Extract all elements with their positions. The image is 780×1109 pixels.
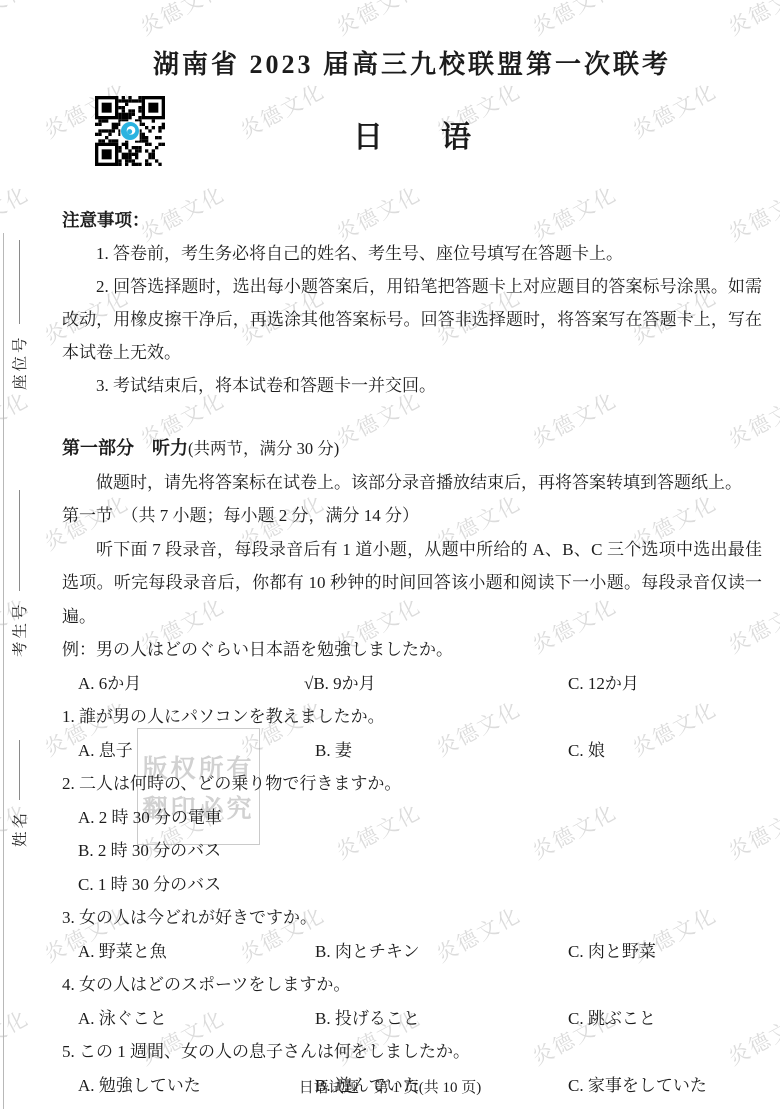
notice-section: 注意事项： 1. 答卷前，考生务必将自己的姓名、考生号、座位号填写在答题卡上。 … [62,204,762,402]
part1-listening-section: 第一部分 听力(共两节，满分 30 分) 做题时，请先将答案标在试卷上。该部分录… [62,432,762,1102]
notice-item: 2. 回答选择题时，选出每小题答案后，用铅笔把答题卡上对应题目的答案标号涂黑。如… [62,270,762,369]
option: C. 跳ぶこと [568,1002,762,1036]
option: A. 泳ぐこと [78,1002,315,1036]
question-stem: 1. 誰が男の人にパソコンを教えましたか。 [62,700,762,734]
exam-paper-page: 炎德文化炎德文化炎德文化炎德文化炎德文化炎德文化炎德文化炎德文化炎德文化炎德文化… [0,0,780,1109]
option: A. 6か月 [78,667,315,701]
question-stem: 4. 女の人はどのスポーツをしますか。 [62,968,762,1002]
option: C. 1 時 30 分のバス [62,868,762,902]
question-options: A. 泳ぐことB. 投げることC. 跳ぶこと [62,1002,762,1036]
subject-title: 日 语 [62,112,762,156]
option: B. 肉とチキン [315,935,568,969]
option: C. 娘 [568,734,762,768]
part1-heading-score: (共两节，满分 30 分) [188,439,339,458]
option: B. 妻 [315,734,568,768]
question: 2. 二人は何時の、どの乗り物で行きますか。A. 2 時 30 分の電車B. 2… [62,767,762,901]
option: A. 2 時 30 分の電車 [62,801,762,835]
question-stem: 3. 女の人は今どれが好きですか。 [62,901,762,935]
question-stem: 2. 二人は何時の、どの乗り物で行きますか。 [62,767,762,801]
option: A. 息子 [78,734,315,768]
option-checked: √B. 9か月 [304,667,568,701]
notice-heading: 注意事项： [62,204,762,237]
exam-title: 湖南省 2023 届高三九校联盟第一次联考 [62,44,762,81]
example-stem: 例：男の人はどのぐらい日本語を勉強しましたか。 [62,633,762,667]
questions: 1. 誰が男の人にパソコンを教えましたか。A. 息子B. 妻C. 娘2. 二人は… [62,700,762,1102]
subject-char: 语 [441,112,471,156]
example-options: A. 6か月 √B. 9か月 C. 12か月 [62,667,762,701]
notice-item: 3. 考试结束后，将本试卷和答题卡一并交回。 [62,369,762,402]
section1-description: 听下面 7 段录音，每段录音后有 1 道小题，从题中所给的 A、B、C 三个选项… [62,533,762,634]
section1-title: 第一节 （共 7 小题；每小题 2 分，满分 14 分） [62,499,762,533]
question-options: A. 2 時 30 分の電車B. 2 時 30 分のバスC. 1 時 30 分の… [62,801,762,902]
part1-intro: 做题时，请先将答案标在试卷上。该部分录音播放结束后，再将答案转填到答题纸上。 [62,466,762,500]
option: A. 野菜と魚 [78,935,315,969]
question: 1. 誰が男の人にパソコンを教えましたか。A. 息子B. 妻C. 娘 [62,700,762,767]
subject-char: 日 [353,112,383,156]
page-footer: 日语试题 第 1 页(共 10 页) [0,1076,780,1097]
option: B. 2 時 30 分のバス [62,834,762,868]
part1-heading-title: 第一部分 听力 [62,438,188,458]
page-content: 湖南省 2023 届高三九校联盟第一次联考 日 语 注意事项： 1. 答卷前，考… [0,0,780,1109]
question: 4. 女の人はどのスポーツをしますか。A. 泳ぐことB. 投げることC. 跳ぶこ… [62,968,762,1035]
question: 3. 女の人は今どれが好きですか。A. 野菜と魚B. 肉とチキンC. 肉と野菜 [62,901,762,968]
header-row: 日 语 [62,96,762,166]
question-options: A. 息子B. 妻C. 娘 [62,734,762,768]
example-question: 例：男の人はどのぐらい日本語を勉強しましたか。 A. 6か月 √B. 9か月 C… [62,633,762,700]
question-options: A. 野菜と魚B. 肉とチキンC. 肉と野菜 [62,935,762,969]
part1-heading: 第一部分 听力(共两节，满分 30 分) [62,432,762,466]
option: B. 投げること [315,1002,568,1036]
question-stem: 5. この 1 週間、女の人の息子さんは何をしましたか。 [62,1035,762,1069]
option: C. 肉と野菜 [568,935,762,969]
notice-item: 1. 答卷前，考生务必将自己的姓名、考生号、座位号填写在答题卡上。 [62,237,762,270]
option: C. 12か月 [568,667,762,701]
